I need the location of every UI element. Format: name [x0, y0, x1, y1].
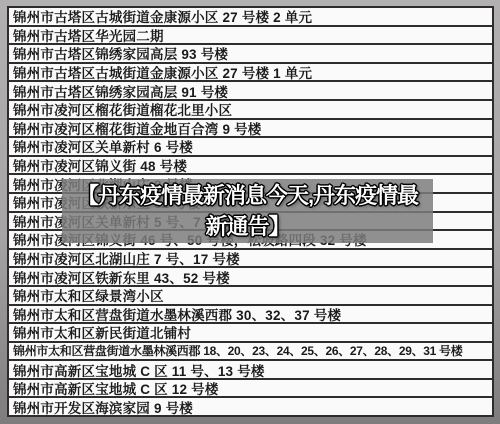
address-text: 锦州市太和区营盘街道水墨林溪西郡 18、20、23、24、25、26、27、28… — [13, 343, 462, 360]
table-row: 锦州市凌河区关单新村 6 号楼 — [9, 138, 492, 157]
table-row: 锦州市古塔区古城街道金康源小区 27 号楼 1 单元 — [9, 64, 492, 83]
table-row: 锦州市凌河区铁新东里 43、52 号楼 — [9, 268, 492, 287]
address-text: 锦州市太和区营盘街道水墨林溪西郡 30、32、37 号楼 — [13, 306, 341, 324]
table-row: 锦州市高新区宝地城 C 区 12 号楼 — [9, 380, 492, 399]
address-text: 锦州市古塔区华光园二期 — [13, 27, 164, 45]
table-row: 锦州市太和区营盘街道水墨林溪西郡 18、20、23、24、25、26、27、28… — [9, 343, 492, 362]
table-row: 锦州市古塔区古城街道金康源小区 27 号楼 2 单元 — [9, 8, 492, 27]
table-row: 锦州市凌河区北湖山庄 7 号、17 号楼 — [9, 250, 492, 269]
table-row: 锦州市古塔区锦绣家园高层 91 号楼 — [9, 82, 492, 101]
table-row: 锦州市高新区宝地城 C 区 11 号、13 号楼 — [9, 361, 492, 380]
table-row: 锦州市古塔区华光园二期 — [9, 27, 492, 46]
address-text: 锦州市开发区海滨家园 9 号楼 — [13, 398, 193, 415]
table-row: 锦州市凌河区锦义街 48 号楼 — [9, 157, 492, 176]
table-row: 锦州市太和区绿景湾小区 — [9, 287, 492, 306]
address-text: 锦州市凌河区铁新东里 43、52 号楼 — [13, 268, 230, 286]
address-text: 锦州市凌河区榴花街道金地百合湾 9 号楼 — [13, 120, 262, 138]
watermark-overlay: 【丹东疫情最新消息今天,丹东疫情最 新通告】 — [62, 179, 433, 243]
address-text: 锦州市太和区绿景湾小区 — [13, 287, 164, 305]
table-row: 锦州市太和区新民街道北铺村 — [9, 324, 492, 343]
table-row: 锦州市太和区营盘街道水墨林溪西郡 30、32、37 号楼 — [9, 306, 492, 325]
table-row: 锦州市古塔区锦绣家园高层 93 号楼 — [9, 45, 492, 64]
address-text: 锦州市凌河区北湖山庄 7 号、17 号楼 — [13, 250, 240, 268]
watermark-title-line-1: 【丹东疫情最新消息今天,丹东疫情最 — [62, 180, 433, 211]
table-row: 锦州市开发区海滨家园 9 号楼 — [9, 398, 492, 415]
address-text: 锦州市古塔区锦绣家园高层 93 号楼 — [13, 45, 228, 63]
address-text: 锦州市凌河区榴花街道榴花北里小区 — [13, 101, 232, 119]
address-text: 锦州市高新区宝地城 C 区 12 号楼 — [13, 380, 219, 398]
address-text: 锦州市古塔区古城街道金康源小区 27 号楼 1 单元 — [13, 64, 312, 82]
address-text: 锦州市高新区宝地城 C 区 11 号、13 号楼 — [13, 361, 265, 379]
address-text: 锦州市凌河区锦义街 48 号楼 — [13, 157, 187, 175]
address-text: 锦州市太和区新民街道北铺村 — [13, 324, 191, 342]
table-row: 锦州市凌河区榴花街道榴花北里小区 — [9, 101, 492, 120]
table-row: 锦州市凌河区榴花街道金地百合湾 9 号楼 — [9, 120, 492, 139]
watermark-title-line-2: 新通告】 — [62, 211, 433, 242]
address-text: 锦州市古塔区古城街道金康源小区 27 号楼 2 单元 — [13, 8, 312, 26]
address-text: 锦州市凌河区关单新村 6 号楼 — [13, 138, 193, 156]
address-text: 锦州市古塔区锦绣家园高层 91 号楼 — [13, 82, 228, 100]
